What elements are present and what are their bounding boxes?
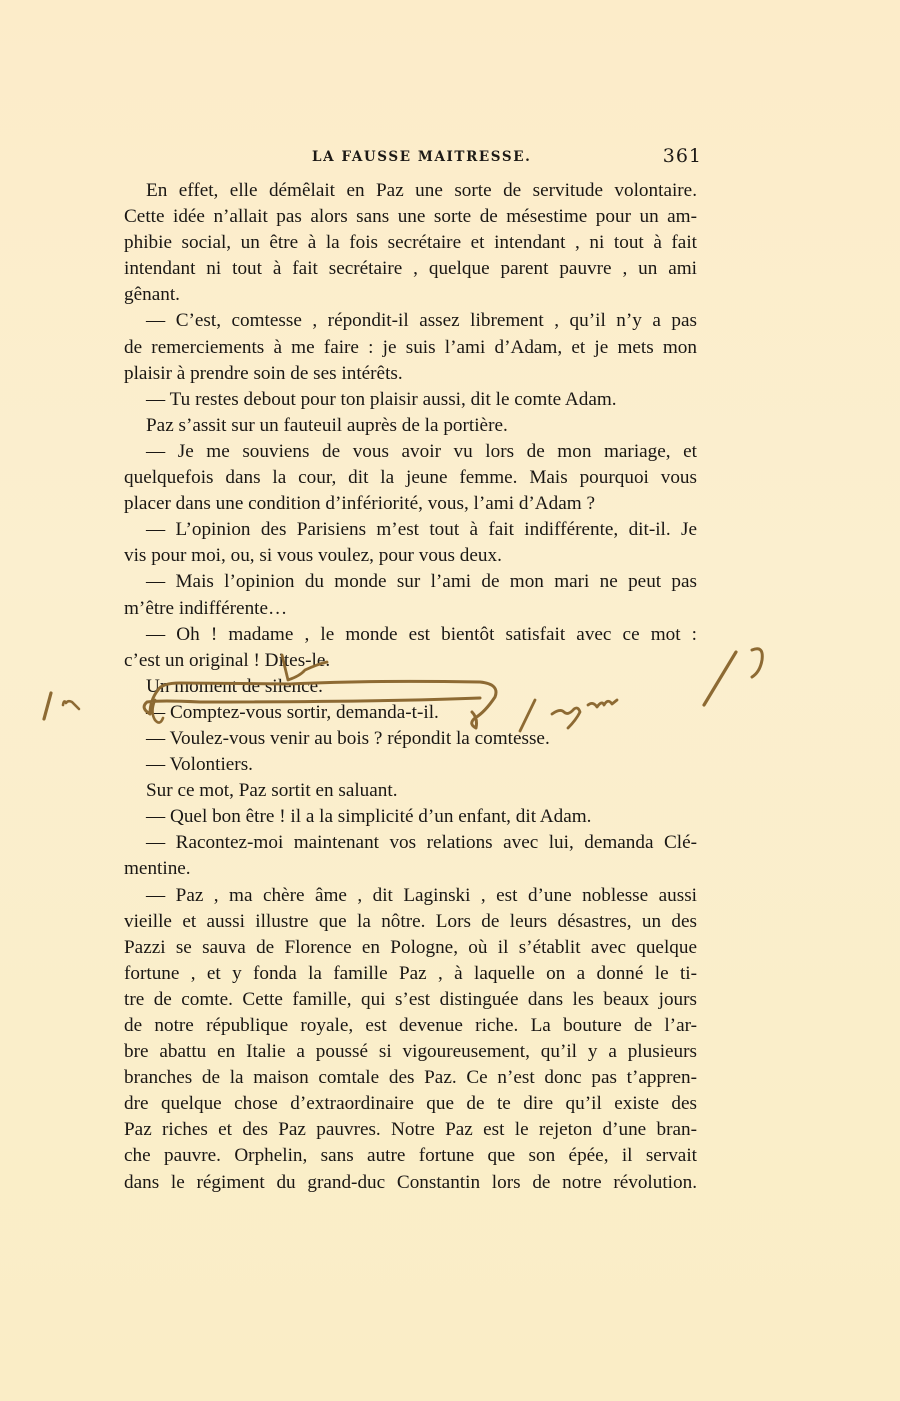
text-line: dans le régiment du grand-duc Constantin… — [124, 1170, 697, 1196]
text-line: — Oh ! madame , le monde est bientôt sat… — [124, 622, 697, 648]
text-line: mentine. — [124, 856, 697, 882]
running-title: LA FAUSSE MAITRESSE. — [312, 149, 531, 165]
text-line: placer dans une condition d’infériorité,… — [124, 491, 697, 517]
text-line: Sur ce mot, Paz sortit en saluant. — [124, 778, 697, 804]
text-line: de remerciements à me faire : je suis l’… — [124, 335, 697, 361]
text-line: branches de la maison comtale des Paz. C… — [124, 1065, 697, 1091]
text-line: che pauvre. Orphelin, sans autre fortune… — [124, 1143, 697, 1169]
text-line: plaisir à prendre soin de ses intérêts. — [124, 361, 697, 387]
text-line: de notre république royale, est devenue … — [124, 1013, 697, 1039]
text-line: c’est un original ! Dites-le. — [124, 648, 697, 674]
text-line: — L’opinion des Parisiens m’est tout à f… — [124, 517, 697, 543]
book-page: LA FAUSSE MAITRESSE. 361 En effet, elle … — [0, 0, 900, 1401]
text-line: — C’est, comtesse , répondit-il assez li… — [124, 308, 697, 334]
body-text: En effet, elle démêlait en Paz une sorte… — [124, 178, 697, 1196]
text-line: — Tu restes debout pour ton plaisir auss… — [124, 387, 697, 413]
text-line: tre de comte. Cette famille, qui s’est d… — [124, 987, 697, 1013]
text-line: Paz s’assit sur un fauteuil auprès de la… — [124, 413, 697, 439]
text-line: — Comptez-vous sortir, demanda-t-il. — [124, 700, 697, 726]
left-margin-mark-icon — [44, 693, 79, 719]
text-line: — Volontiers. — [124, 752, 697, 778]
text-line: Cette idée n’allait pas alors sans une s… — [124, 204, 697, 230]
text-line: quelquefois dans la cour, dit la jeune f… — [124, 465, 697, 491]
text-line: phibie social, un être à la fois secréta… — [124, 230, 697, 256]
text-line: fortune , et y fonda la famille Paz , à … — [124, 961, 697, 987]
text-line: En effet, elle démêlait en Paz une sorte… — [124, 178, 697, 204]
text-line: — Quel bon être ! il a la simplicité d’u… — [124, 804, 697, 830]
text-line: Un moment de silence. — [124, 674, 697, 700]
text-line: Pazzi se sauva de Florence en Pologne, o… — [124, 935, 697, 961]
text-line: vis pour moi, ou, si vous voulez, pour v… — [124, 543, 697, 569]
text-line: intendant ni tout à fait secrétaire , qu… — [124, 256, 697, 282]
page-number: 361 — [663, 145, 702, 167]
text-line: vieille et aussi illustre que la nôtre. … — [124, 909, 697, 935]
text-line: — Voulez-vous venir au bois ? répondit l… — [124, 726, 697, 752]
text-line: Paz riches et des Paz pauvres. Notre Paz… — [124, 1117, 697, 1143]
text-line: m’être indifférente… — [124, 596, 697, 622]
text-line: — Mais l’opinion du monde sur l’ami de m… — [124, 569, 697, 595]
text-line: dre quelque chose d’extraordinaire que d… — [124, 1091, 697, 1117]
text-line: — Je me souviens de vous avoir vu lors d… — [124, 439, 697, 465]
running-head: LA FAUSSE MAITRESSE. 361 — [312, 146, 702, 168]
right-margin-mark-icon — [704, 649, 762, 705]
text-line: bre abattu en Italie a poussé si vigoure… — [124, 1039, 697, 1065]
text-line: — Paz , ma chère âme , dit Laginski , es… — [124, 883, 697, 909]
text-line: gênant. — [124, 282, 697, 308]
text-line: — Racontez-moi maintenant vos relations … — [124, 830, 697, 856]
